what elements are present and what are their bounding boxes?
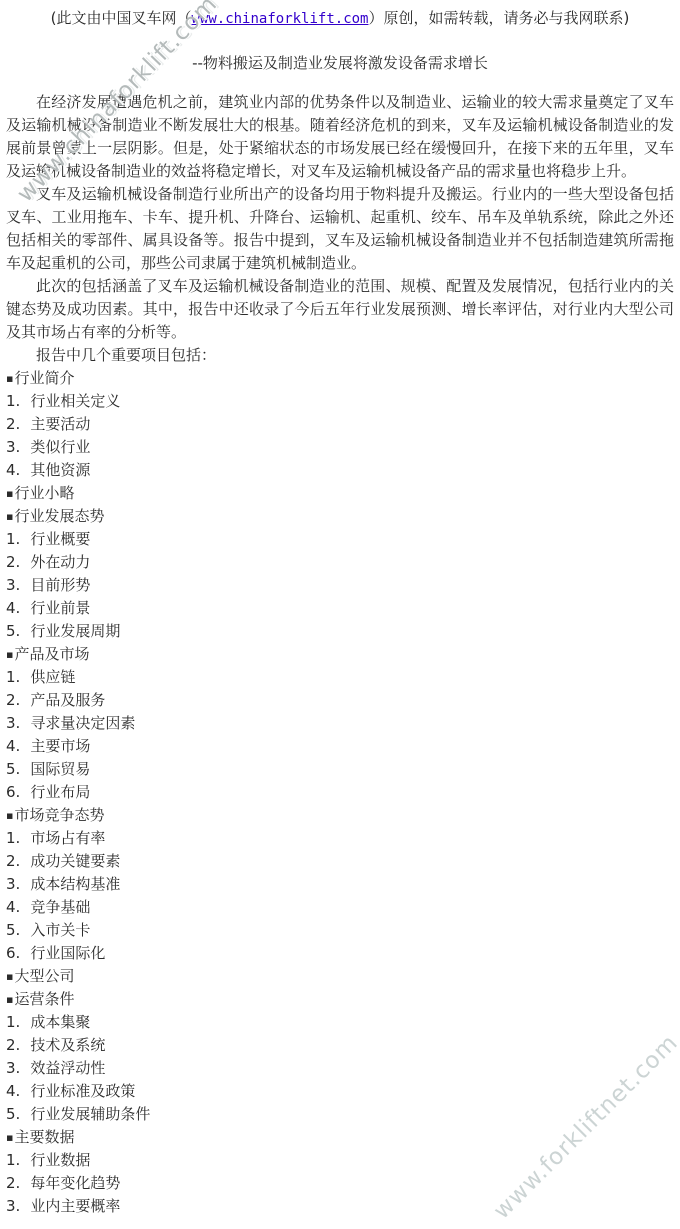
outline-item: 1.行业数据 [6, 1149, 674, 1172]
outline-item: 2.每年变化趋势 [6, 1172, 674, 1195]
outline-label: 行业前景 [30, 599, 90, 617]
outline-item: 2.技术及系统 [6, 1034, 674, 1057]
outline-number: 1. [6, 1149, 20, 1172]
outline-label: 主要活动 [30, 415, 90, 433]
page-title: --物料搬运及制造业发展将激发设备需求增长 [6, 53, 674, 73]
outline-label: 业内主要概率 [30, 1197, 120, 1215]
outline-number: 1. [6, 1011, 20, 1034]
outline-item: 1.成本集聚 [6, 1011, 674, 1034]
article-page: www.chinaforklift.com (此文由中国叉车网（www.chin… [0, 0, 680, 1229]
outline-number: 2. [6, 1172, 20, 1195]
outline-label: 其他资源 [30, 461, 90, 479]
outline-number: 4. [6, 597, 20, 620]
outline-label: 目前形势 [30, 576, 90, 594]
outline-number: 2. [6, 1034, 20, 1057]
outline-label: 行业数据 [30, 1151, 90, 1169]
outline-label: 技术及系统 [30, 1036, 105, 1054]
report-outline: ▪行业简介1.行业相关定义2.主要活动3.类似行业4.其他资源▪行业小略▪行业发… [0, 367, 680, 1218]
outline-label: 行业小略 [14, 484, 74, 502]
paragraph: 此次的包括涵盖了叉车及运输机械设备制造业的范围、规模、配置及发展情况，包括行业内… [0, 275, 680, 344]
outline-label: 供应链 [30, 668, 75, 686]
copyright-notice: (此文由中国叉车网（www.chinaforklift.com）原创，如需转载，… [6, 8, 674, 29]
outline-item: 3.目前形势 [6, 574, 674, 597]
outline-number: 1. [6, 528, 20, 551]
outline-label: 外在动力 [30, 553, 90, 571]
paragraph: 在经济发展遭遇危机之前，建筑业内部的优势条件以及制造业、运输业的较大需求量奠定了… [0, 91, 680, 183]
outline-number: 6. [6, 781, 20, 804]
bullet-icon: ▪ [6, 993, 13, 1006]
outline-item: 6.行业布局 [6, 781, 674, 804]
outline-item: 1.行业概要 [6, 528, 674, 551]
outline-label: 主要数据 [14, 1128, 74, 1146]
outline-label: 类似行业 [30, 438, 90, 456]
article-paragraphs: 在经济发展遭遇危机之前，建筑业内部的优势条件以及制造业、运输业的较大需求量奠定了… [0, 91, 680, 367]
outline-item: 3.成本结构基准 [6, 873, 674, 896]
outline-item: 1.市场占有率 [6, 827, 674, 850]
outline-label: 运营条件 [14, 990, 74, 1008]
outline-item: 4.主要市场 [6, 735, 674, 758]
outline-number: 5. [6, 620, 20, 643]
outline-number: 1. [6, 390, 20, 413]
outline-label: 行业标准及政策 [30, 1082, 135, 1100]
bullet-icon: ▪ [6, 372, 13, 385]
outline-item: 3.类似行业 [6, 436, 674, 459]
article-body: 在经济发展遭遇危机之前，建筑业内部的优势条件以及制造业、运输业的较大需求量奠定了… [0, 91, 680, 1218]
bullet-icon: ▪ [6, 809, 13, 822]
outline-label: 行业发展周期 [30, 622, 120, 640]
outline-label: 行业发展态势 [14, 507, 104, 525]
outline-item: 2.外在动力 [6, 551, 674, 574]
outline-label: 每年变化趋势 [30, 1174, 120, 1192]
outline-label: 行业发展辅助条件 [30, 1105, 150, 1123]
outline-number: 5. [6, 1103, 20, 1126]
chinaforklift-link[interactable]: www.chinaforklift.com [191, 11, 368, 27]
outline-item: 6.行业国际化 [6, 942, 674, 965]
outline-label: 主要市场 [30, 737, 90, 755]
outline-label: 行业简介 [14, 369, 74, 387]
outline-item: ▪行业发展态势 [6, 505, 674, 528]
outline-item: ▪行业小略 [6, 482, 674, 505]
outline-item: 4.行业前景 [6, 597, 674, 620]
paragraph: 报告中几个重要项目包括： [0, 344, 680, 367]
outline-number: 4. [6, 1080, 20, 1103]
outline-number: 4. [6, 459, 20, 482]
outline-item: 2.成功关键要素 [6, 850, 674, 873]
outline-number: 5. [6, 919, 20, 942]
outline-label: 竞争基础 [30, 898, 90, 916]
outline-item: 4.竞争基础 [6, 896, 674, 919]
outline-label: 行业相关定义 [30, 392, 120, 410]
outline-number: 3. [6, 1057, 20, 1080]
outline-label: 产品及市场 [14, 645, 89, 663]
outline-item: 2.主要活动 [6, 413, 674, 436]
outline-number: 2. [6, 551, 20, 574]
outline-label: 成功关键要素 [30, 852, 120, 870]
outline-item: 4.行业标准及政策 [6, 1080, 674, 1103]
outline-number: 2. [6, 850, 20, 873]
outline-label: 行业布局 [30, 783, 90, 801]
outline-label: 市场竞争态势 [14, 806, 104, 824]
outline-number: 2. [6, 689, 20, 712]
outline-item: ▪主要数据 [6, 1126, 674, 1149]
outline-item: 1.行业相关定义 [6, 390, 674, 413]
outline-number: 3. [6, 436, 20, 459]
outline-number: 3. [6, 1195, 20, 1218]
outline-item: ▪产品及市场 [6, 643, 674, 666]
outline-label: 产品及服务 [30, 691, 105, 709]
outline-item: 3.业内主要概率 [6, 1195, 674, 1218]
paragraph: 叉车及运输机械设备制造行业所出产的设备均用于物料提升及搬运。行业内的一些大型设备… [0, 183, 680, 275]
outline-item: ▪市场竞争态势 [6, 804, 674, 827]
outline-item: ▪运营条件 [6, 988, 674, 1011]
copyright-suffix: ）原创，如需转载，请务必与我网联系) [369, 9, 630, 27]
copyright-prefix: (此文由中国叉车网（ [51, 9, 192, 27]
outline-label: 寻求量决定因素 [30, 714, 135, 732]
bullet-icon: ▪ [6, 970, 13, 983]
outline-item: 4.其他资源 [6, 459, 674, 482]
outline-label: 国际贸易 [30, 760, 90, 778]
outline-label: 入市关卡 [30, 921, 90, 939]
outline-number: 1. [6, 827, 20, 850]
outline-number: 3. [6, 873, 20, 896]
outline-label: 成本集聚 [30, 1013, 90, 1031]
bullet-icon: ▪ [6, 487, 13, 500]
outline-label: 行业国际化 [30, 944, 105, 962]
outline-label: 行业概要 [30, 530, 90, 548]
outline-item: 5.行业发展周期 [6, 620, 674, 643]
outline-label: 效益浮动性 [30, 1059, 105, 1077]
outline-number: 1. [6, 666, 20, 689]
outline-number: 4. [6, 735, 20, 758]
bullet-icon: ▪ [6, 648, 13, 661]
outline-number: 4. [6, 896, 20, 919]
outline-item: ▪行业简介 [6, 367, 674, 390]
outline-number: 6. [6, 942, 20, 965]
outline-number: 5. [6, 758, 20, 781]
bullet-icon: ▪ [6, 510, 13, 523]
outline-item: 5.行业发展辅助条件 [6, 1103, 674, 1126]
outline-label: 大型公司 [14, 967, 74, 985]
outline-item: 2.产品及服务 [6, 689, 674, 712]
outline-number: 3. [6, 712, 20, 735]
outline-item: 3.寻求量决定因素 [6, 712, 674, 735]
outline-item: ▪大型公司 [6, 965, 674, 988]
bullet-icon: ▪ [6, 1131, 13, 1144]
outline-number: 3. [6, 574, 20, 597]
outline-item: 3.效益浮动性 [6, 1057, 674, 1080]
outline-label: 市场占有率 [30, 829, 105, 847]
outline-item: 5.入市关卡 [6, 919, 674, 942]
outline-label: 成本结构基准 [30, 875, 120, 893]
outline-item: 1.供应链 [6, 666, 674, 689]
outline-item: 5.国际贸易 [6, 758, 674, 781]
outline-number: 2. [6, 413, 20, 436]
